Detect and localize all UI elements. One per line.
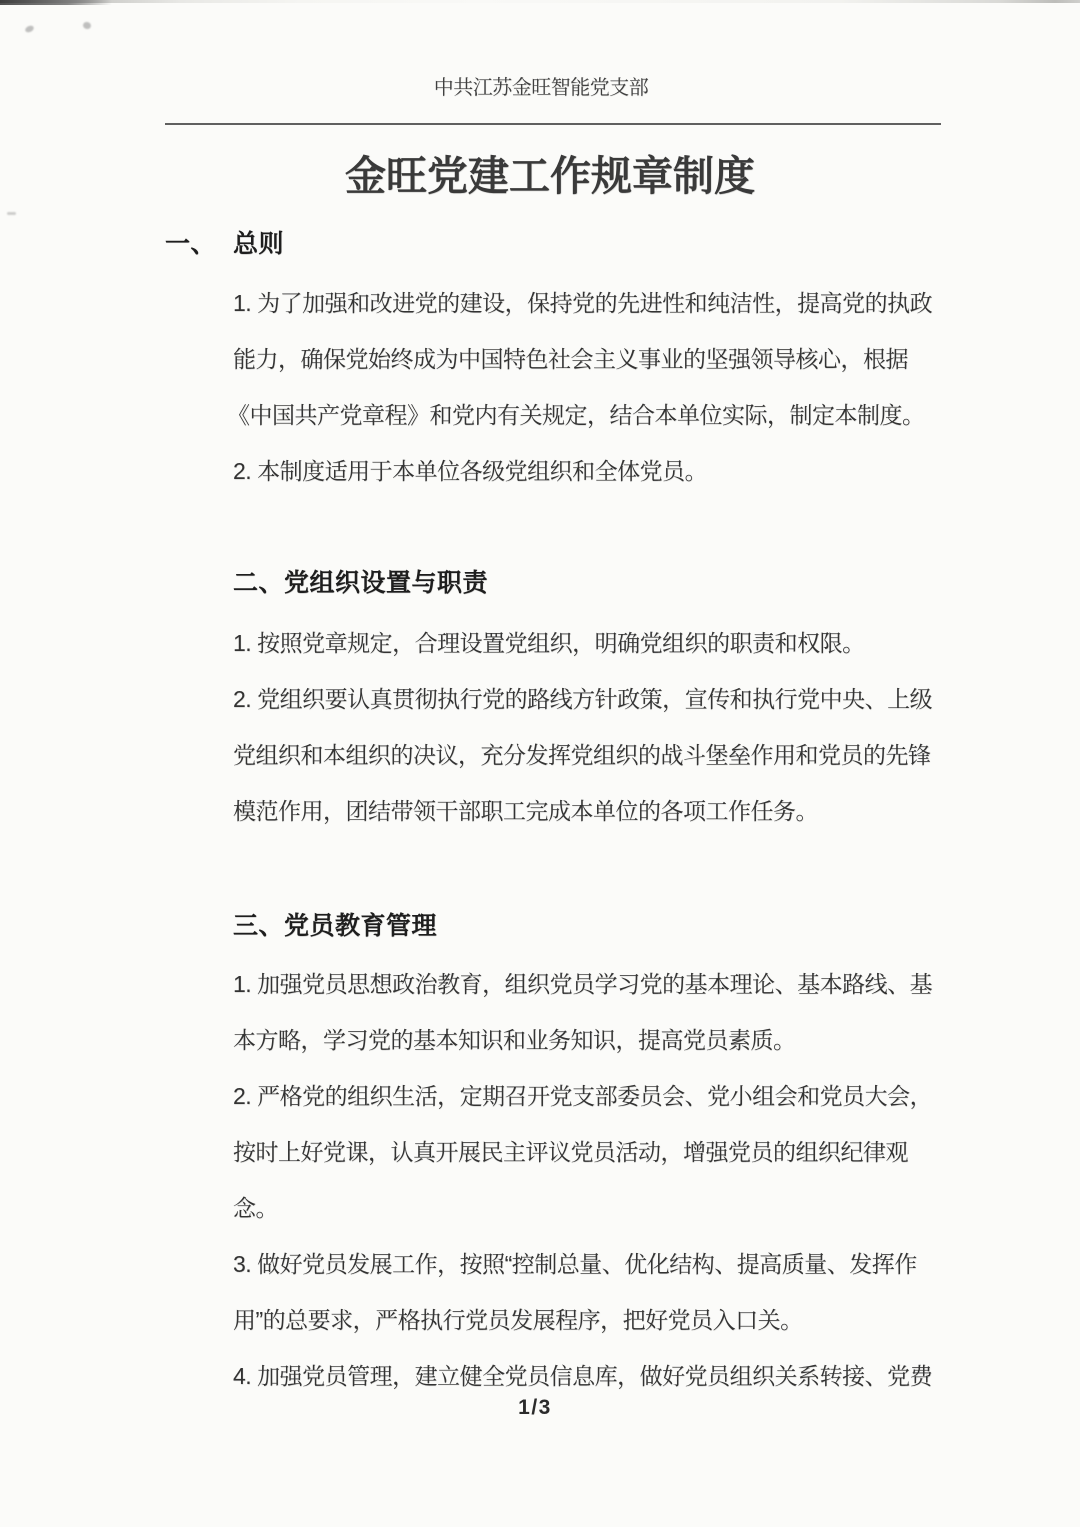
section-body-org-setup-duties: 1. 按照党章规定，合理设置党组织，明确党组织的职责和权限。 2. 党组织要认真… bbox=[233, 615, 1013, 839]
body-line: 2. 严格党的组织生活，定期召开党支部委员会、党小组会和党员大会， bbox=[233, 1068, 1013, 1124]
scan-speck bbox=[82, 21, 92, 30]
body-line: 按时上好党课，认真开展民主评议党员活动，增强党员的组织纪律观 bbox=[233, 1124, 1013, 1180]
section-heading-member-education: 三、党员教育管理 bbox=[233, 911, 437, 941]
body-line: 用”的总要求，严格执行党员发展程序，把好党员入口关。 bbox=[233, 1292, 1013, 1348]
body-line: 《中国共产党章程》和党内有关规定，结合本单位实际，制定本制度。 bbox=[227, 387, 1013, 443]
body-line: 本方略，学习党的基本知识和业务知识，提高党员素质。 bbox=[233, 1012, 1013, 1068]
document-header-org-name: 中共江苏金旺智能党支部 bbox=[0, 71, 1080, 100]
header-divider-line bbox=[165, 123, 941, 125]
scan-speck bbox=[24, 24, 35, 33]
body-line: 模范作用，团结带领干部职工完成本单位的各项工作任务。 bbox=[233, 783, 1013, 839]
body-line: 1. 加强党员思想政治教育，组织党员学习党的基本理论、基本路线、基 bbox=[233, 956, 1013, 1012]
body-line: 党组织和本组织的决议，充分发挥党组织的战斗堡垒作用和党员的先锋 bbox=[233, 727, 1013, 783]
section-heading-org-setup-duties: 二、党组织设置与职责 bbox=[233, 568, 488, 598]
scan-edge-shadow bbox=[0, 0, 112, 5]
section-body-general-provisions: 1. 为了加强和改进党的建设，保持党的先进性和纯洁性，提高党的执政 能力，确保党… bbox=[233, 275, 1013, 499]
page-number: 1/3 bbox=[0, 1396, 1070, 1420]
section-heading-text: 总则 bbox=[233, 230, 284, 258]
section-body-member-education: 1. 加强党员思想政治教育，组织党员学习党的基本理论、基本路线、基 本方略，学习… bbox=[233, 956, 1013, 1404]
body-line: 1. 按照党章规定，合理设置党组织，明确党组织的职责和权限。 bbox=[233, 615, 1013, 671]
body-line: 能力，确保党始终成为中国特色社会主义事业的坚强领导核心，根据 bbox=[233, 331, 1013, 387]
body-line: 3. 做好党员发展工作，按照“控制总量、优化结构、提高质量、发挥作 bbox=[233, 1236, 1013, 1292]
section-number-marker: 一、 bbox=[165, 229, 233, 259]
scan-edge-artifact bbox=[0, 0, 1080, 3]
document-title: 金旺党建工作规章制度 bbox=[0, 143, 1080, 202]
section-heading-general-provisions: 一、总则 bbox=[165, 229, 284, 259]
body-line: 2. 本制度适用于本单位各级党组织和全体党员。 bbox=[233, 443, 1013, 499]
body-line: 念。 bbox=[233, 1180, 1013, 1236]
body-line: 1. 为了加强和改进党的建设，保持党的先进性和纯洁性，提高党的执政 bbox=[233, 275, 1013, 331]
scan-speck bbox=[7, 212, 16, 215]
scanned-document-page: 中共江苏金旺智能党支部 金旺党建工作规章制度 一、总则 1. 为了加强和改进党的… bbox=[0, 0, 1080, 1527]
body-line: 2. 党组织要认真贯彻执行党的路线方针政策，宣传和执行党中央、上级 bbox=[233, 671, 1013, 727]
